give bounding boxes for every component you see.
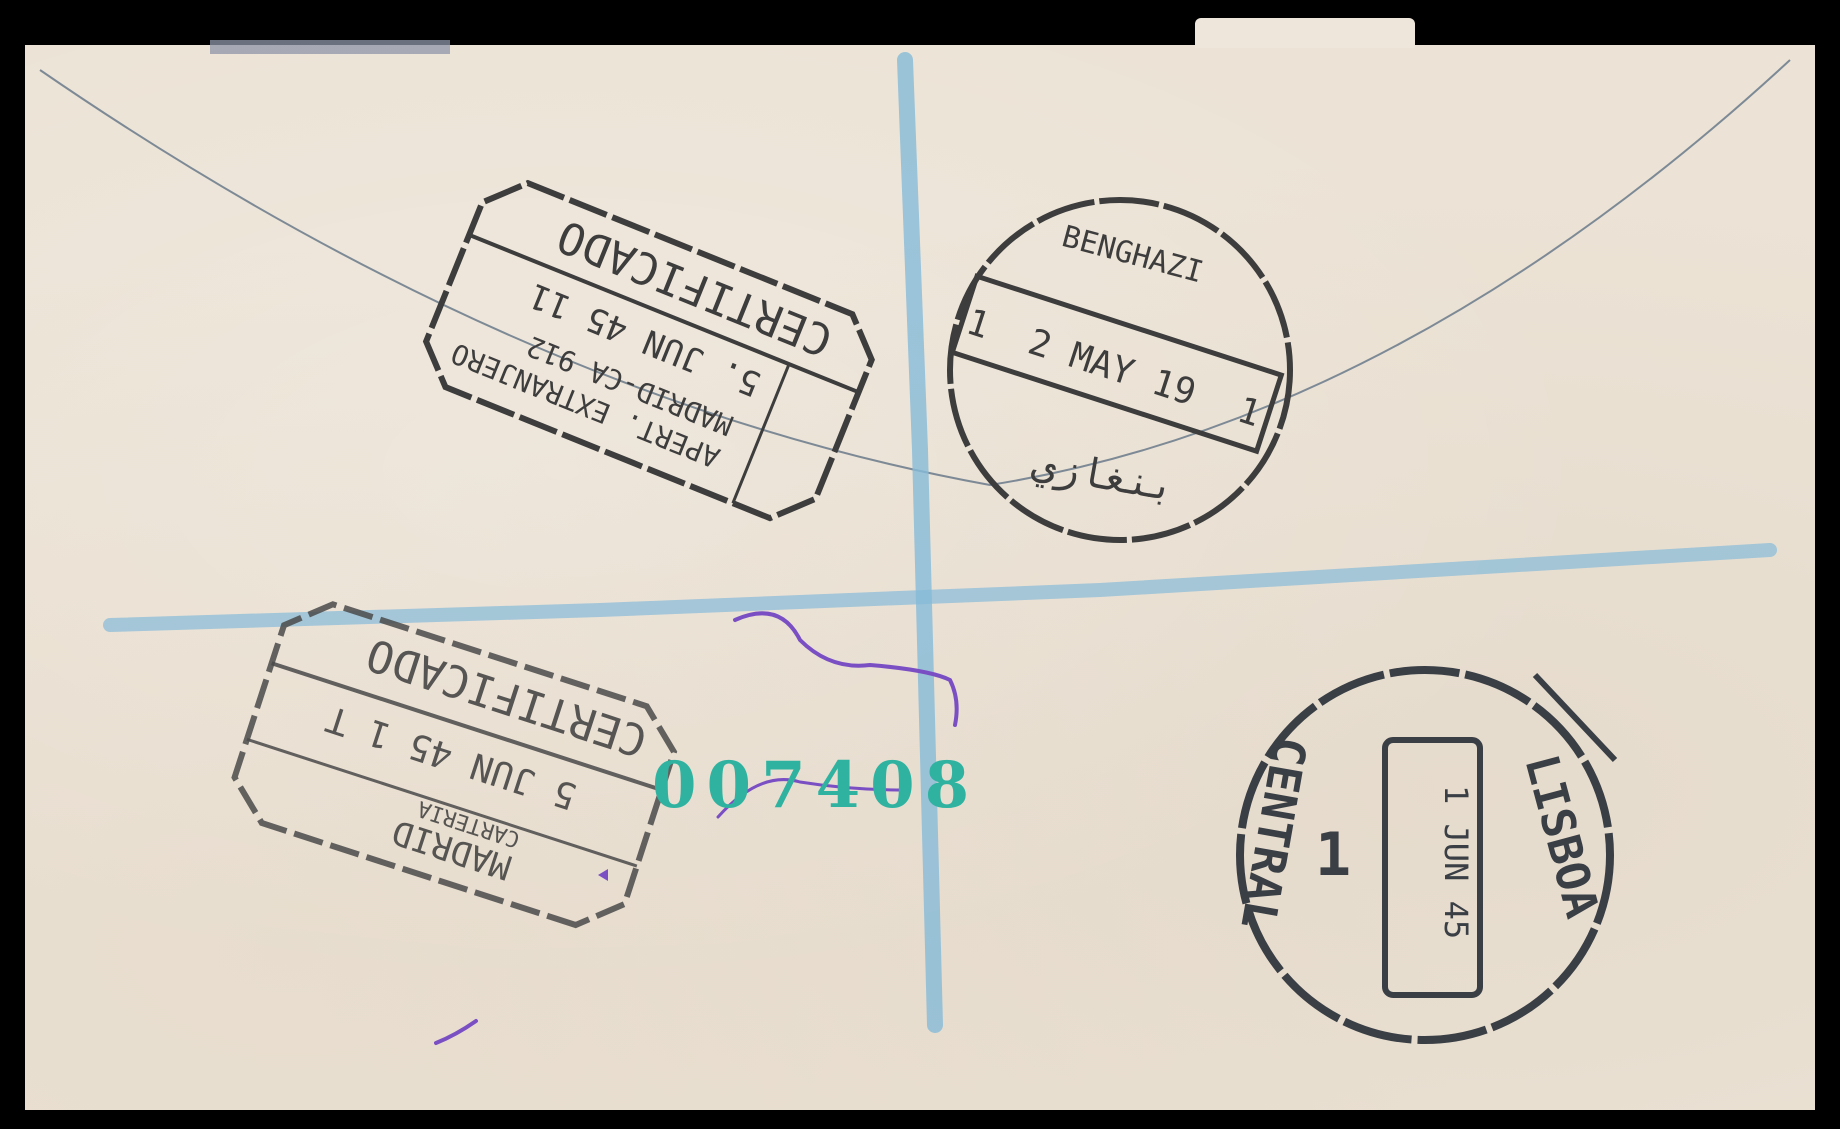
envelope-markings: APERT. EXTRANJERO MADRID-CA 912 5. JUN 4… [0, 0, 1840, 1129]
postmark-madrid-upper: APERT. EXTRANJERO MADRID-CA 912 5. JUN 4… [413, 170, 885, 531]
svg-text:1: 1 [1232, 390, 1265, 436]
crayon-vertical-stroke [905, 60, 935, 1025]
svg-text:1 JUN 45: 1 JUN 45 [1437, 785, 1475, 939]
postmark-lisboa: 1 JUN 45 LISBOA CENTRAL 1 [1231, 670, 1615, 1040]
svg-text:بنغازي: بنغازي [1028, 441, 1178, 511]
svg-text:2 MAY 19: 2 MAY 19 [1023, 322, 1201, 415]
postmark-madrid-lower: MADRID CARTERIA 5 JUN 45 1 T CERTIFICADO [224, 592, 685, 937]
pencil-tick [436, 1021, 476, 1043]
svg-text:CENTRAL: CENTRAL [1231, 733, 1318, 933]
pencil-mark [598, 869, 608, 881]
registration-number: 007408 [652, 748, 979, 823]
svg-text:1: 1 [1315, 820, 1351, 890]
svg-text:BENGHAZI: BENGHAZI [1058, 219, 1207, 290]
postmark-benghazi: 2 MAY 19 1 1 BENGHAZI بنغازي [950, 200, 1290, 540]
